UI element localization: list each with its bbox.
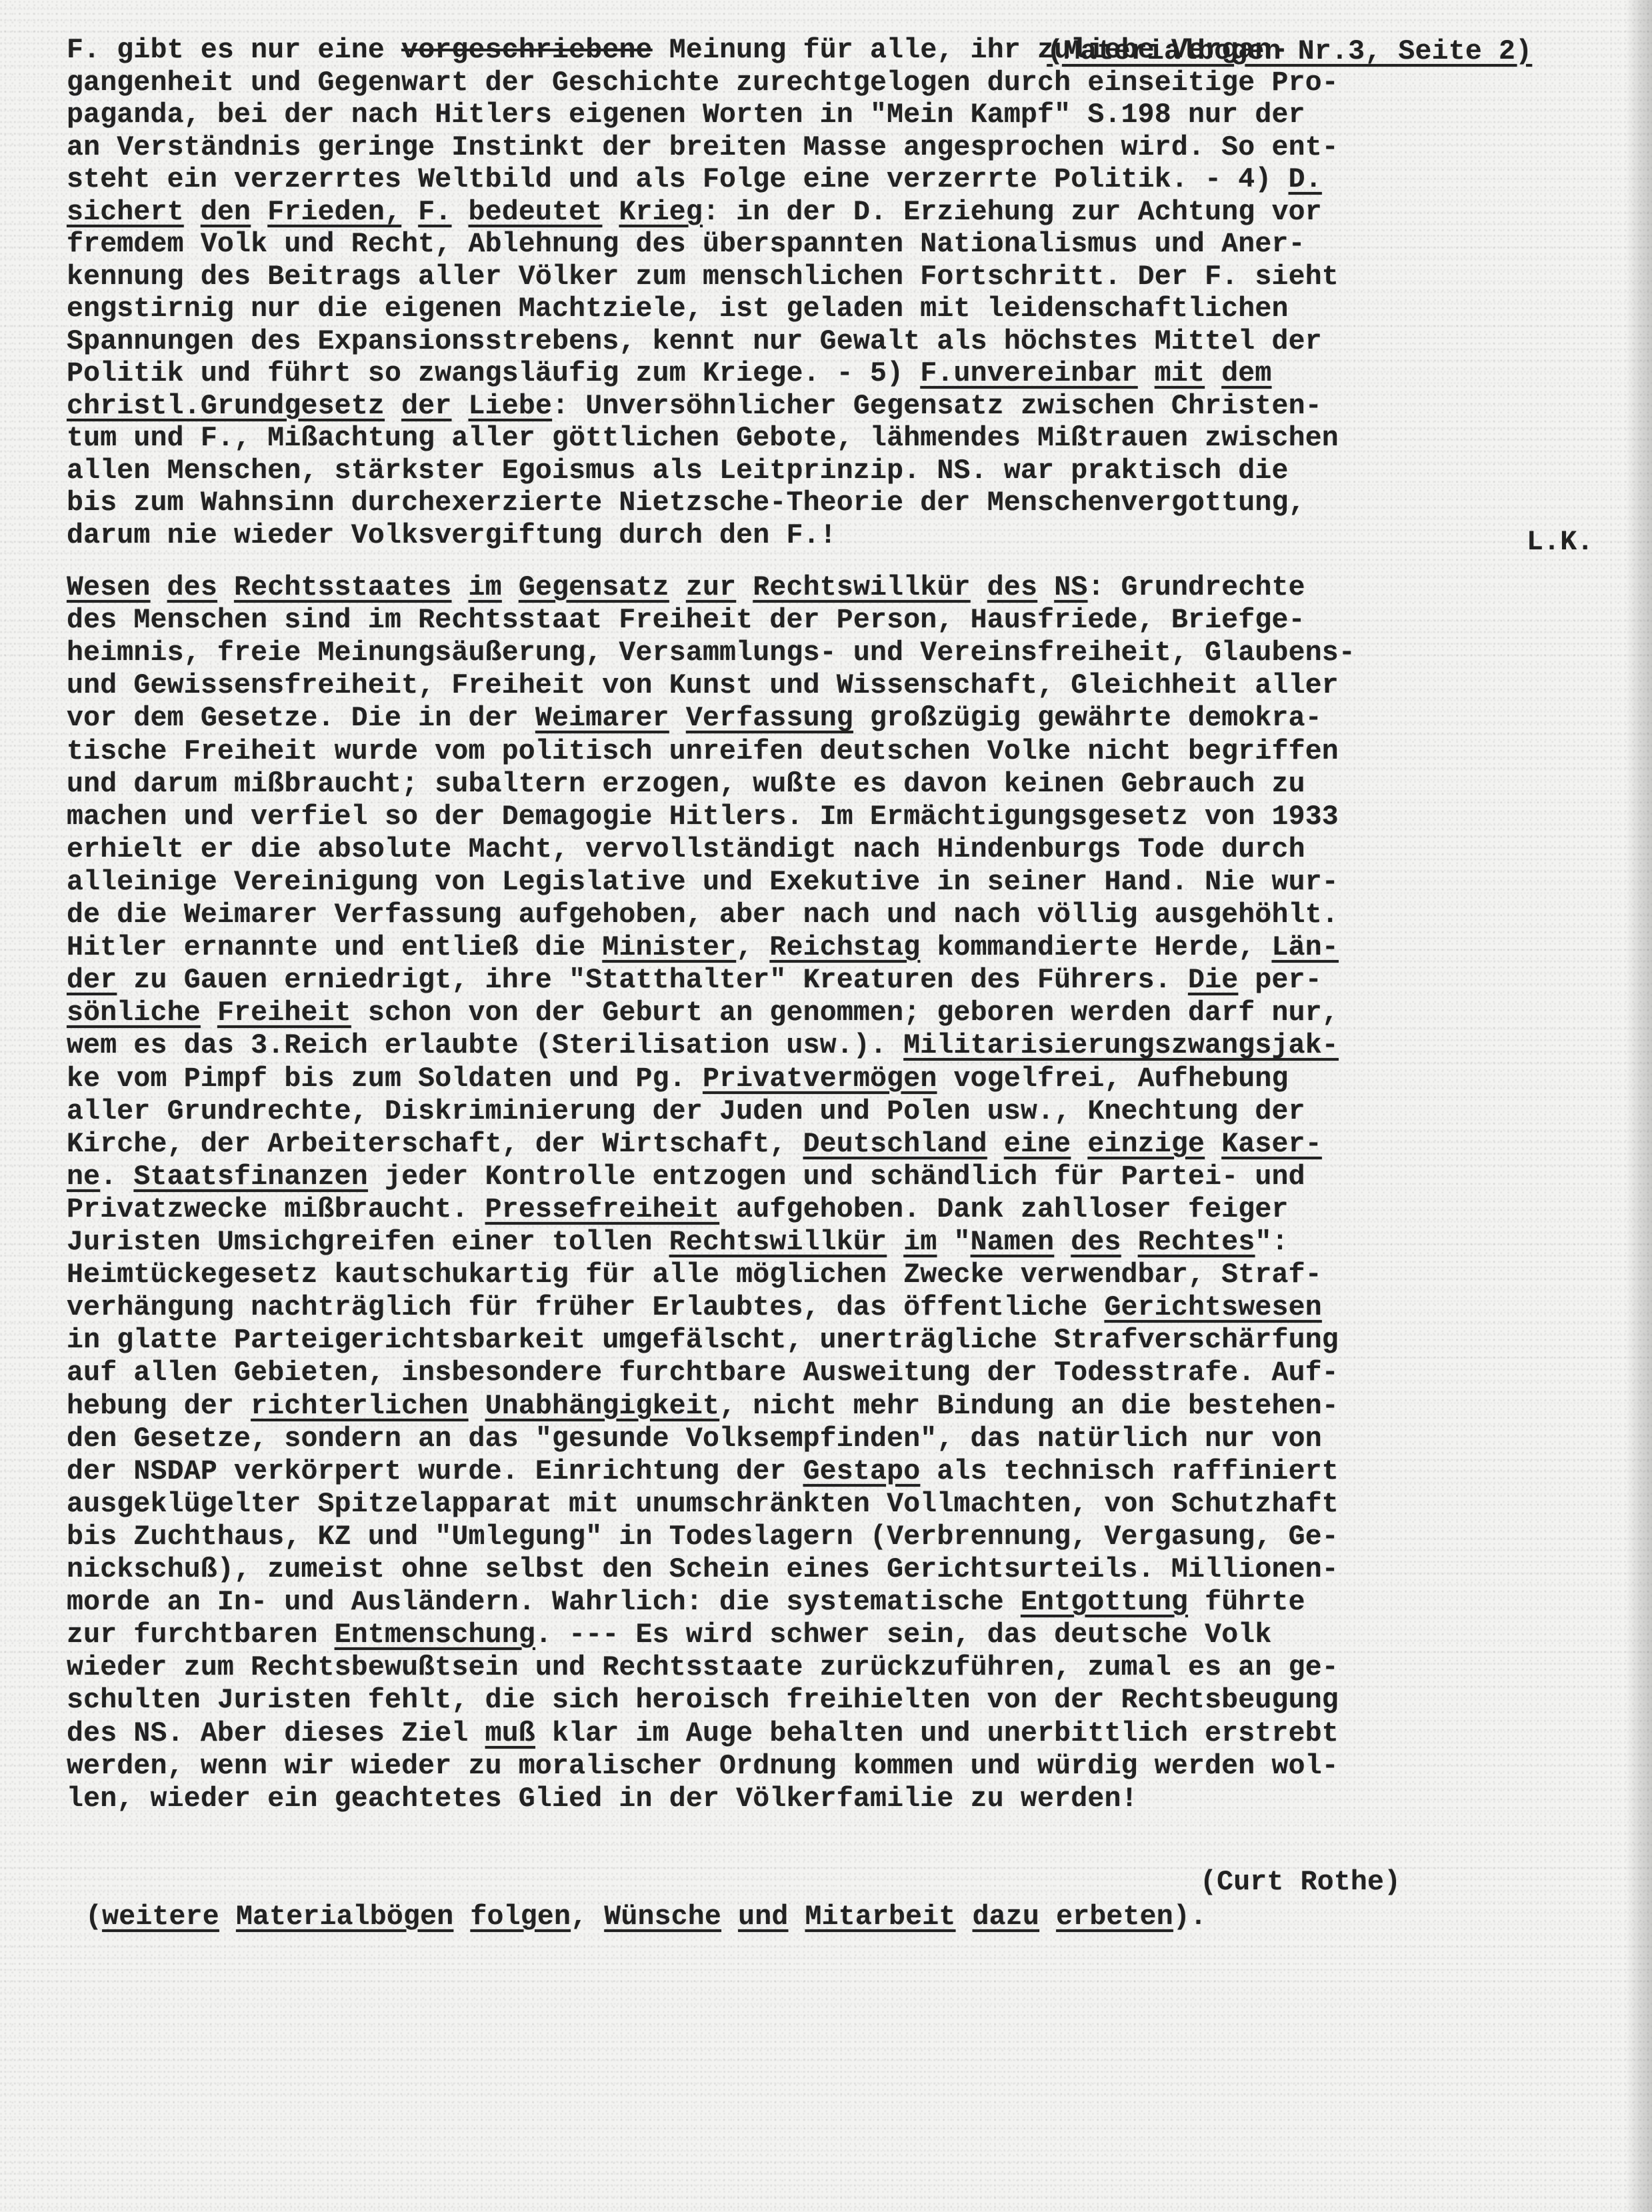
text-run [887, 1227, 903, 1258]
text-run: bis Zuchthaus, KZ und "Umlegung" in Tode… [67, 1521, 1339, 1553]
text-run: verhängung nachträglich für früher Erlau… [67, 1292, 1104, 1323]
text-line: in glatte Parteigerichtsbarkeit umgefäls… [67, 1325, 1339, 1357]
text-line: F. gibt es nur eine vorgeschriebene Mein… [67, 35, 1289, 67]
underlined-text: Liebe [469, 391, 553, 422]
underlined-text: Rechtswillkür [753, 572, 970, 603]
text-run [451, 391, 468, 422]
underlined-text: erbeten [1056, 1901, 1173, 1933]
text-line: Hitler ernannte und entließ die Minister… [67, 932, 1339, 964]
underlined-text: ne [67, 1161, 100, 1193]
underlined-text: Privatvermögen [703, 1063, 937, 1095]
underlined-text: Rechtsstaates [234, 572, 451, 603]
underlined-text: sichert [67, 197, 184, 228]
scan-edge-shadow [1625, 0, 1652, 2212]
underlined-text: der [401, 391, 451, 422]
text-run [1054, 1227, 1071, 1258]
text-line: Heimtückegesetz kautschukartig für alle … [67, 1259, 1322, 1291]
text-run: vogelfrei, Aufhebung [937, 1063, 1288, 1095]
underlined-text: im [903, 1227, 937, 1258]
underlined-text: Die [1188, 965, 1238, 996]
text-run [151, 572, 167, 603]
underlined-text: zur [686, 572, 736, 603]
text-line: Spannungen des Expansionsstrebens, kennt… [67, 326, 1322, 358]
text-line: heimnis, freie Meinungsäußerung, Versamm… [67, 637, 1355, 669]
text-line: vor dem Gesetze. Die in der Weimarer Ver… [67, 703, 1322, 735]
text-run: engstirnig nur die eigenen Machtziele, i… [67, 293, 1289, 325]
text-run [987, 1129, 1004, 1160]
text-run: de die Weimarer Verfassung aufgehoben, a… [67, 899, 1339, 931]
text-run: des NS. Aber dieses Ziel [67, 1718, 485, 1749]
underlined-text: Deutschland [803, 1129, 987, 1160]
text-run [469, 1391, 485, 1422]
text-run [788, 1901, 805, 1933]
underlined-text: Verfassung [686, 703, 853, 734]
text-run: machen und verfiel so der Demagogie Hitl… [67, 801, 1339, 833]
text-line: kennung des Beitrags aller Völker zum me… [67, 261, 1339, 293]
text-run: schulten Juristen fehlt, die sich herois… [67, 1685, 1339, 1716]
text-run [201, 997, 217, 1029]
underlined-text: bedeutet [469, 197, 603, 228]
text-line: machen und verfiel so der Demagogie Hitl… [67, 801, 1339, 833]
text-line: allen Menschen, stärkster Egoismus als L… [67, 455, 1289, 487]
underlined-text: Weimarer [535, 703, 669, 734]
underlined-text: Wesen [67, 572, 151, 603]
text-run: aufgehoben. Dank zahlloser feiger [719, 1194, 1289, 1225]
text-run: wieder zum Rechtsbewußtsein und Rechtsst… [67, 1652, 1339, 1683]
text-line: gangenheit und Gegenwart der Geschichte … [67, 67, 1339, 99]
text-run: nickschuß), zumeist ohne selbst den Sche… [67, 1554, 1339, 1585]
text-run: morde an In- und Ausländern. Wahrlich: d… [67, 1587, 1021, 1618]
text-run: kennung des Beitrags aller Völker zum me… [67, 261, 1339, 293]
text-line: len, wieder ein geachtetes Glied in der … [67, 1783, 1138, 1815]
text-line: auf allen Gebieten, insbesondere furchtb… [67, 1357, 1339, 1389]
text-run: schon von der Geburt an genommen; gebore… [351, 997, 1339, 1029]
text-line: morde an In- und Ausländern. Wahrlich: d… [67, 1587, 1305, 1619]
text-run: ": [1255, 1227, 1288, 1258]
underlined-text: folgen [470, 1901, 571, 1933]
text-run [1071, 1129, 1087, 1160]
underlined-text: im [469, 572, 502, 603]
text-line: sichert den Frieden, F. bedeutet Krieg: … [67, 197, 1322, 229]
underlined-text: Rechtswillkür [669, 1227, 887, 1258]
text-run: heimnis, freie Meinungsäußerung, Versamm… [67, 637, 1355, 669]
text-run: aller Grundrechte, Diskriminierung der J… [67, 1096, 1305, 1127]
underlined-text: mit [1155, 358, 1205, 389]
text-run [453, 1901, 470, 1933]
text-run: erhielt er die absolute Macht, vervollst… [67, 834, 1305, 865]
text-line: des NS. Aber dieses Ziel muß klar im Aug… [67, 1718, 1339, 1750]
underlined-text: Wünsche [604, 1901, 721, 1933]
text-run [502, 572, 519, 603]
text-run: vor dem Gesetze. Die in der [67, 703, 535, 734]
underlined-text: weitere [102, 1901, 219, 1933]
text-run: tische Freiheit wurde vom politisch unre… [67, 736, 1339, 767]
signature-curt-rothe: (Curt Rothe) [1200, 1867, 1401, 1899]
underlined-text: sönliche [67, 997, 201, 1029]
footer-note: (weitere Materialbögen folgen, Wünsche u… [85, 1901, 1207, 1933]
text-line: tum und F., Mißachtung aller göttlichen … [67, 423, 1339, 455]
underlined-text: und [738, 1901, 788, 1933]
text-run [451, 572, 468, 603]
text-run: auf allen Gebieten, insbesondere furchtb… [67, 1357, 1339, 1389]
text-run [451, 197, 468, 228]
text-line: fremdem Volk und Recht, Ablehnung des üb… [67, 229, 1305, 261]
text-run: den Gesetze, sondern an das "gesunde Vol… [67, 1423, 1322, 1455]
text-run: wem es das 3.Reich erlaubte (Sterilisati… [67, 1030, 903, 1061]
text-run [971, 572, 987, 603]
text-run [1205, 358, 1221, 389]
underlined-text: des [1071, 1227, 1121, 1258]
text-line: an Verständnis geringe Instinkt der brei… [67, 132, 1339, 164]
underlined-text: Militarisierungszwangsjak- [903, 1030, 1339, 1061]
text-run: alleinige Vereinigung von Legislative un… [67, 867, 1339, 898]
underlined-text: Reichstag [769, 932, 920, 963]
text-line: ausgeklügelter Spitzelapparat mit unumsc… [67, 1489, 1339, 1521]
text-run [1121, 1227, 1138, 1258]
underlined-text: einzige [1087, 1129, 1205, 1160]
underlined-text: den [201, 197, 251, 228]
text-line: der zu Gauen erniedrigt, ihre "Statthalt… [67, 965, 1322, 997]
underlined-text: Gestapo [803, 1456, 921, 1487]
text-line: Kirche, der Arbeiterschaft, der Wirtscha… [67, 1129, 1322, 1161]
text-run: führte [1188, 1587, 1305, 1618]
text-run: . --- Es wird schwer sein, das deutsche … [535, 1619, 1272, 1651]
text-run: Politik und führt so zwangsläufig zum Kr… [67, 358, 920, 389]
text-run [1205, 1129, 1221, 1160]
text-line: schulten Juristen fehlt, die sich herois… [67, 1685, 1339, 1717]
text-line: wieder zum Rechtsbewußtsein und Rechtsst… [67, 1652, 1339, 1684]
text-run [955, 1901, 972, 1933]
underlined-text: F.unvereinbar [920, 358, 1137, 389]
underlined-text: NS [1054, 572, 1087, 603]
underlined-text: Frieden, [267, 197, 401, 228]
underlined-text: des [167, 572, 217, 603]
text-line: engstirnig nur die eigenen Machtziele, i… [67, 293, 1289, 325]
underlined-text: Krieg [619, 197, 703, 228]
text-run [736, 572, 753, 603]
text-run: F. gibt es nur eine [67, 35, 401, 66]
underlined-text: Grundgesetz [201, 391, 385, 422]
text-run: . [100, 1161, 133, 1193]
text-run: hebung der [67, 1391, 251, 1422]
text-run: Privatzwecke mißbraucht. [67, 1194, 485, 1225]
text-line: und darum mißbraucht; subaltern erzogen,… [67, 769, 1305, 801]
text-run [669, 572, 686, 603]
underlined-text: Materialbögen [236, 1901, 453, 1933]
text-run [602, 197, 619, 228]
text-line: ke vom Pimpf bis zum Soldaten und Pg. Pr… [67, 1063, 1289, 1095]
underlined-text: eine [1004, 1129, 1071, 1160]
underlined-text: Entgottung [1021, 1587, 1188, 1618]
text-run [217, 572, 234, 603]
struck-text: vorgeschriebene [401, 35, 653, 66]
text-line: wem es das 3.Reich erlaubte (Sterilisati… [67, 1030, 1339, 1062]
text-run [721, 1901, 738, 1933]
underlined-text: der [67, 965, 117, 996]
text-run: per- [1238, 965, 1322, 996]
text-run: : Unversöhnlicher Gegensatz zwischen Chr… [552, 391, 1322, 422]
underlined-text: Minister [602, 932, 736, 963]
underlined-text: Entmenschung [335, 1619, 535, 1651]
underlined-text: Pressefreiheit [485, 1194, 719, 1225]
underlined-text: Rechtes [1138, 1227, 1255, 1258]
text-run: großzügig gewährte demokra- [853, 703, 1322, 734]
text-line: erhielt er die absolute Macht, vervollst… [67, 834, 1305, 866]
text-line: paganda, bei der nach Hitlers eigenen Wo… [67, 99, 1305, 131]
text-run: paganda, bei der nach Hitlers eigenen Wo… [67, 99, 1305, 131]
text-run: Heimtückegesetz kautschukartig für alle … [67, 1259, 1322, 1291]
text-run [251, 197, 267, 228]
text-run: und Gewissensfreiheit, Freiheit von Kuns… [67, 670, 1339, 701]
text-run: steht ein verzerrtes Weltbild und als Fo… [67, 164, 1289, 195]
text-run: bis zum Wahnsinn durchexerzierte Nietzsc… [67, 487, 1305, 519]
text-line: de die Weimarer Verfassung aufgehoben, a… [67, 899, 1339, 931]
text-run: , [736, 932, 769, 963]
text-run: ( [85, 1901, 102, 1933]
text-run: ausgeklügelter Spitzelapparat mit unumsc… [67, 1489, 1339, 1520]
underlined-text: F. [418, 197, 451, 228]
text-line: nickschuß), zumeist ohne selbst den Sche… [67, 1554, 1339, 1586]
underlined-text: Freiheit [217, 997, 351, 1029]
signature-lk: L.K. [1527, 527, 1593, 559]
text-line: verhängung nachträglich für früher Erlau… [67, 1292, 1322, 1324]
text-run: als technisch raffiniert [920, 1456, 1339, 1487]
text-run [669, 703, 686, 734]
text-run [1039, 1901, 1056, 1933]
text-run: des Menschen sind im Rechtsstaat Freihei… [67, 605, 1305, 636]
text-line: und Gewissensfreiheit, Freiheit von Kuns… [67, 670, 1339, 702]
underlined-text: Gegensatz [519, 572, 669, 603]
text-line: steht ein verzerrtes Weltbild und als Fo… [67, 164, 1322, 196]
text-line: zur furchtbaren Entmenschung. --- Es wir… [67, 1619, 1272, 1651]
text-run: fremdem Volk und Recht, Ablehnung des üb… [67, 229, 1305, 260]
text-line: bis Zuchthaus, KZ und "Umlegung" in Tode… [67, 1521, 1339, 1553]
text-run [401, 197, 418, 228]
text-run: , [571, 1901, 604, 1933]
text-run: ). [1173, 1901, 1207, 1933]
underlined-text: Kaser- [1221, 1129, 1322, 1160]
underlined-text: Län- [1272, 932, 1339, 963]
underlined-text: Namen [971, 1227, 1055, 1258]
text-line: den Gesetze, sondern an das "gesunde Vol… [67, 1423, 1322, 1455]
text-run: Juristen Umsichgreifen einer tollen [67, 1227, 669, 1258]
text-run: Spannungen des Expansionsstrebens, kennt… [67, 326, 1322, 357]
underlined-text: D. [1289, 164, 1322, 195]
text-line: der NSDAP verkörpert wurde. Einrichtung … [67, 1456, 1339, 1488]
text-run: zur furchtbaren [67, 1619, 335, 1651]
underlined-text: dem [1221, 358, 1271, 389]
underlined-text: Gerichtswesen [1104, 1292, 1321, 1323]
text-line: Juristen Umsichgreifen einer tollen Rech… [67, 1227, 1289, 1259]
text-run: darum nie wieder Volksvergiftung durch d… [67, 520, 837, 551]
text-run: an Verständnis geringe Instinkt der brei… [67, 132, 1339, 163]
text-run: klar im Auge behalten und unerbittlich e… [535, 1718, 1339, 1749]
text-run: , nicht mehr Bindung an die bestehen- [719, 1391, 1339, 1422]
underlined-text: Mitarbeit [805, 1901, 956, 1933]
text-run [385, 391, 401, 422]
text-run: jeder Kontrolle entzogen und schändlich … [368, 1161, 1305, 1193]
text-line: Privatzwecke mißbraucht. Pressefreiheit … [67, 1194, 1289, 1226]
text-run: Meinung für alle, ihr zuliebe Vergan- [653, 35, 1289, 66]
text-run: allen Menschen, stärkster Egoismus als L… [67, 455, 1289, 487]
page-header: (Materialbogen Nr.3, Seite 2) [1013, 4, 1532, 36]
text-line: Politik und führt so zwangsläufig zum Kr… [67, 358, 1272, 390]
text-run [1037, 572, 1054, 603]
underlined-text: richterlichen [251, 1391, 468, 1422]
text-run: len, wieder ein geachtetes Glied in der … [67, 1783, 1138, 1815]
text-run: Kirche, der Arbeiterschaft, der Wirtscha… [67, 1129, 803, 1160]
underlined-text: dazu [973, 1901, 1039, 1933]
text-run: " [937, 1227, 970, 1258]
text-line: bis zum Wahnsinn durchexerzierte Nietzsc… [67, 487, 1305, 519]
text-run: gangenheit und Gegenwart der Geschichte … [67, 67, 1339, 99]
underlined-text: des [987, 572, 1037, 603]
text-run: : in der D. Erziehung zur Achtung vor [703, 197, 1322, 228]
text-run: in glatte Parteigerichtsbarkeit umgefäls… [67, 1325, 1339, 1356]
text-run: der NSDAP verkörpert wurde. Einrichtung … [67, 1456, 803, 1487]
text-run: werden, wenn wir wieder zu moralischer O… [67, 1751, 1339, 1782]
text-line: christl.Grundgesetz der Liebe: Unversöhn… [67, 391, 1322, 423]
text-line: werden, wenn wir wieder zu moralischer O… [67, 1751, 1339, 1783]
text-run: ke vom Pimpf bis zum Soldaten und Pg. [67, 1063, 703, 1095]
text-run: : Grundrechte [1087, 572, 1305, 603]
text-run [184, 197, 201, 228]
underlined-text: Unabhängigkeit [485, 1391, 719, 1422]
text-line: des Menschen sind im Rechtsstaat Freihei… [67, 605, 1305, 637]
text-run: tum und F., Mißachtung aller göttlichen … [67, 423, 1339, 454]
text-line: sönliche Freiheit schon von der Geburt a… [67, 997, 1339, 1029]
text-line: alleinige Vereinigung von Legislative un… [67, 867, 1339, 899]
text-run [219, 1901, 236, 1933]
underlined-text: christl. [67, 391, 201, 422]
text-line: darum nie wieder Volksvergiftung durch d… [67, 520, 837, 552]
text-line: hebung der richterlichen Unabhängigkeit,… [67, 1391, 1339, 1423]
text-run: Hitler ernannte und entließ die [67, 932, 602, 963]
text-line: Wesen des Rechtsstaates im Gegensatz zur… [67, 572, 1305, 604]
underlined-text: Staatsfinanzen [133, 1161, 367, 1193]
underlined-text: muß [485, 1718, 535, 1749]
text-run: kommandierte Herde, [920, 932, 1271, 963]
text-run: und darum mißbraucht; subaltern erzogen,… [67, 769, 1305, 800]
text-run: zu Gauen erniedrigt, ihre "Statthalter" … [117, 965, 1188, 996]
text-line: tische Freiheit wurde vom politisch unre… [67, 736, 1339, 768]
text-line: ne. Staatsfinanzen jeder Kontrolle entzo… [67, 1161, 1305, 1193]
text-run [1138, 358, 1155, 389]
text-line: aller Grundrechte, Diskriminierung der J… [67, 1096, 1305, 1128]
